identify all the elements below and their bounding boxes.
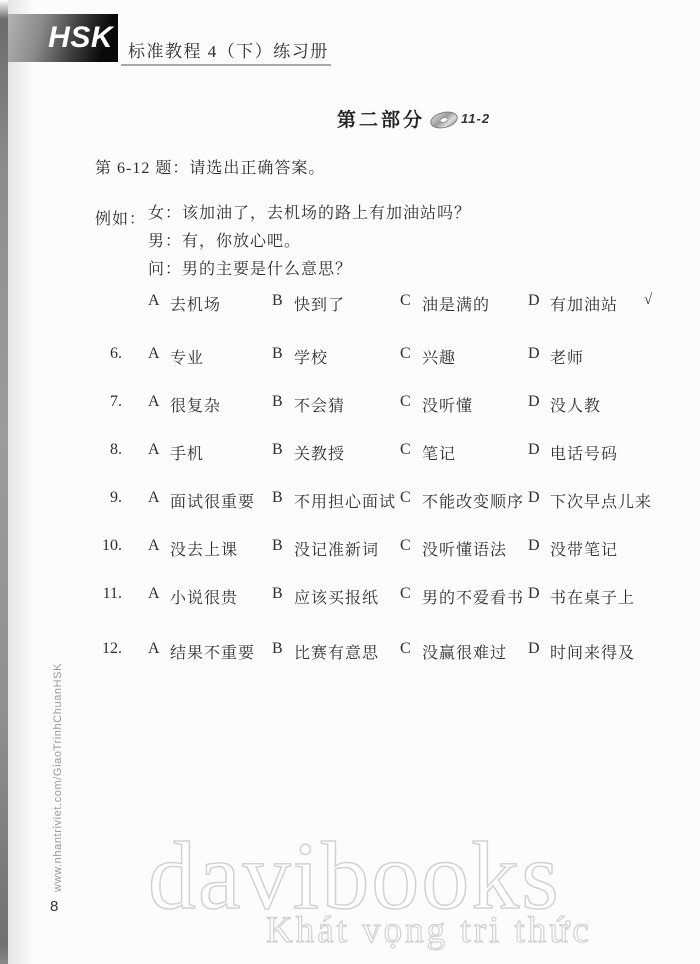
- option-letter: D: [528, 292, 541, 310]
- option-text: 小说很贵: [170, 585, 238, 608]
- option-text: 没人教: [550, 393, 601, 416]
- page-number: 8: [50, 898, 58, 915]
- option-text: 没带笔记: [550, 537, 618, 560]
- option-letter: B: [272, 345, 284, 363]
- option-letter: A: [148, 441, 161, 459]
- section-title: 第二部分: [337, 105, 425, 132]
- instruction-text: 第 6-12 题：请选出正确答案。: [95, 155, 325, 178]
- option-letter: D: [528, 489, 541, 507]
- question-row-10: 10. A 没去上课 B 没记准新词 C 没听懂语法 D 没带笔记: [96, 537, 696, 557]
- option-text: 油是满的: [422, 292, 490, 315]
- example-label: 例如：: [95, 206, 146, 229]
- option-text: 面试很重要: [170, 489, 255, 512]
- question-row-8: 8. A 手机 B 关教授 C 笔记 D 电话号码: [96, 441, 696, 461]
- header-rule: [121, 64, 331, 66]
- option-text: 不会猜: [294, 393, 345, 416]
- option-text: 关教授: [294, 441, 345, 464]
- option-letter: D: [528, 441, 541, 459]
- option-letter: D: [528, 393, 541, 411]
- option-text: 电话号码: [550, 441, 618, 464]
- series-title: 标准教程 4（下）练习册: [128, 37, 329, 62]
- option-text: 去机场: [170, 292, 221, 315]
- option-text: 下次早点儿来: [550, 489, 652, 512]
- watermark-subtitle: Khát vọng tri thức: [266, 912, 592, 949]
- option-letter: B: [272, 585, 284, 603]
- option-text: 没去上课: [170, 537, 238, 560]
- option-text: 兴趣: [422, 345, 456, 368]
- question-number: 6.: [96, 345, 122, 363]
- question-row-11: 11. A 小说很贵 B 应该买报纸 C 男的不爱看书 D 书在桌子上: [96, 585, 696, 605]
- option-letter: D: [528, 537, 541, 555]
- option-text: 有加油站: [550, 292, 618, 315]
- option-text: 结果不重要: [170, 640, 255, 663]
- option-letter: D: [528, 585, 541, 603]
- option-text: 笔记: [422, 441, 456, 464]
- question-row-12: 12. A 结果不重要 B 比赛有意思 C 没赢很难过 D 时间来得及: [96, 640, 696, 660]
- option-letter: B: [272, 393, 284, 411]
- question-number: 9.: [96, 489, 122, 507]
- question-number: 8.: [96, 441, 122, 459]
- question-row-9: 9. A 面试很重要 B 不用担心面试 C 不能改变顺序 D 下次早点儿来: [96, 489, 696, 509]
- example-line-woman: 女：该加油了，去机场的路上有加油站吗？: [148, 206, 471, 222]
- option-text: 快到了: [294, 292, 345, 315]
- question-number: 10.: [96, 537, 122, 555]
- option-text: 学校: [294, 345, 328, 368]
- option-letter: C: [400, 489, 412, 507]
- option-letter: B: [272, 292, 284, 310]
- example-line-man: 男：有，你放心吧。: [148, 234, 471, 250]
- example-options-row: A 去机场 B 快到了 C 油是满的 D 有加油站 √: [96, 292, 696, 312]
- option-text: 没听懂: [422, 393, 473, 416]
- option-text: 没记准新词: [294, 537, 379, 560]
- question-row-7: 7. A 很复杂 B 不会猜 C 没听懂 D 没人教: [96, 393, 696, 413]
- option-letter: C: [400, 585, 412, 603]
- option-text: 手机: [170, 441, 204, 464]
- option-letter: C: [400, 345, 412, 363]
- left-margin-shade: [8, 0, 34, 964]
- option-text: 应该买报纸: [294, 585, 379, 608]
- option-letter: C: [400, 537, 412, 555]
- website-vertical-text: www.nhantriviet.com/GiaoTrinhChuanHSK: [52, 663, 64, 892]
- checkmark: √: [644, 292, 653, 309]
- option-text: 不能改变顺序: [422, 489, 524, 512]
- option-letter: A: [148, 585, 161, 603]
- hsk-logo-text: HSK: [48, 21, 113, 55]
- option-letter: A: [148, 640, 161, 658]
- option-text: 老师: [550, 345, 584, 368]
- option-letter: B: [272, 489, 284, 507]
- option-text: 没听懂语法: [422, 537, 507, 560]
- cd-icon: [428, 108, 460, 137]
- option-text: 时间来得及: [550, 640, 635, 663]
- example-line-question: 问：男的主要是什么意思？: [148, 262, 471, 278]
- option-text: 不用担心面试: [294, 489, 396, 512]
- option-letter: B: [272, 640, 284, 658]
- example-dialogue: 女：该加油了，去机场的路上有加油站吗？ 男：有，你放心吧。 问：男的主要是什么意…: [148, 206, 471, 290]
- option-letter: A: [148, 292, 161, 310]
- option-text: 很复杂: [170, 393, 221, 416]
- option-letter: D: [528, 345, 541, 363]
- option-text: 专业: [170, 345, 204, 368]
- option-text: 男的不爱看书: [422, 585, 524, 608]
- question-row-6: 6. A 专业 B 学校 C 兴趣 D 老师: [96, 345, 696, 365]
- question-number: 11.: [96, 585, 122, 603]
- option-letter: D: [528, 640, 541, 658]
- option-letter: A: [148, 345, 161, 363]
- option-letter: C: [400, 441, 412, 459]
- hsk-logo: HSK: [8, 14, 118, 62]
- option-text: 没赢很难过: [422, 640, 507, 663]
- option-letter: C: [400, 393, 412, 411]
- option-letter: B: [272, 441, 284, 459]
- option-text: 比赛有意思: [294, 640, 379, 663]
- question-number: 7.: [96, 393, 122, 411]
- option-letter: A: [148, 489, 161, 507]
- option-text: 书在桌子上: [550, 585, 635, 608]
- scan-edge: [0, 0, 8, 964]
- option-letter: A: [148, 537, 161, 555]
- option-letter: C: [400, 292, 412, 310]
- question-number: 12.: [96, 640, 122, 658]
- option-letter: A: [148, 393, 161, 411]
- audio-track-label: 11-2: [461, 111, 490, 126]
- option-letter: C: [400, 640, 412, 658]
- option-letter: B: [272, 537, 284, 555]
